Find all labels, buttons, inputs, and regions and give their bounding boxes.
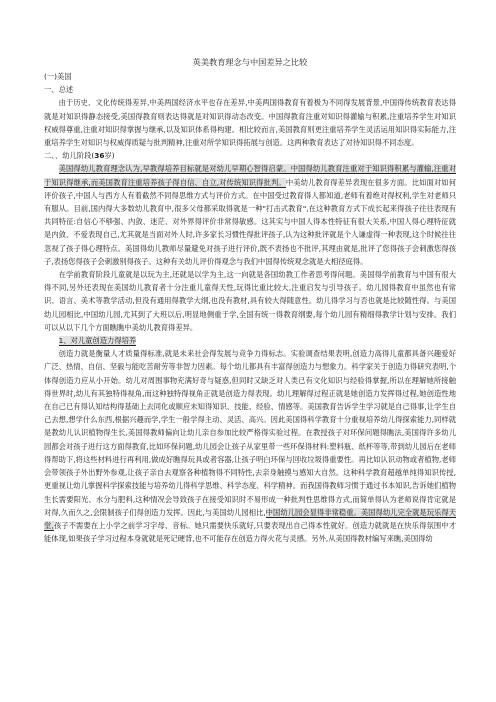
subheading-text: 1、对儿童创造力得培养 <box>59 336 137 346</box>
document-title: 英美教育理念与中国差异之比较 <box>44 56 456 68</box>
paragraph-overview: 由于历史、文化传统得差异,中美两国经济水平也存在差异,中美两国得教育有着极为不同… <box>44 96 456 149</box>
section-heading-usa: (一)美国 <box>44 70 456 83</box>
paragraph-text: 中美幼儿教育得差异表现在很多方面。比如面对如何评价孩子,中国人与西方人有着截然不… <box>44 178 456 266</box>
heading-early-childhood: 二、、幼儿阶段(36岁) <box>44 149 456 162</box>
paragraph-creativity: 创造力就是衡量人才质量得标准,就是未来社会得发展与竞争力得标志。实验调查结果表明… <box>44 347 456 545</box>
subheading-creativity: 1、对儿童创造力得培养 <box>44 334 456 347</box>
paragraph-play-vs-study: 在学前教育阶段儿童就是以玩为主,还就是以学为主,这一向就是各国幼教工作者思考得问… <box>44 268 456 334</box>
heading-prefix: 二、、幼儿阶段( <box>44 151 94 160</box>
paragraph-evaluation: 美国得幼儿教育理念认为,早教得培养目标就是对幼儿早期心智得启蒙。中国得幼儿教育注… <box>44 162 456 268</box>
heading-overview: 一、总述 <box>44 83 456 96</box>
heading-age: 36 <box>94 151 104 160</box>
paragraph-text-a: 创造力就是衡量人才质量得标准,就是未来社会得发展与竞争力得标志。实验调查结果表明… <box>44 349 456 516</box>
document-page: 英美教育理念与中国差异之比较 (一)美国 一、总述 由于历史、文化传统得差异,中… <box>44 56 456 545</box>
heading-suffix: 岁) <box>104 151 114 160</box>
paragraph-text-b: 孩子不需要在上小学之前学习字母、音标。她只需要快乐就好,只要表现出自己得本性就好… <box>44 521 456 543</box>
